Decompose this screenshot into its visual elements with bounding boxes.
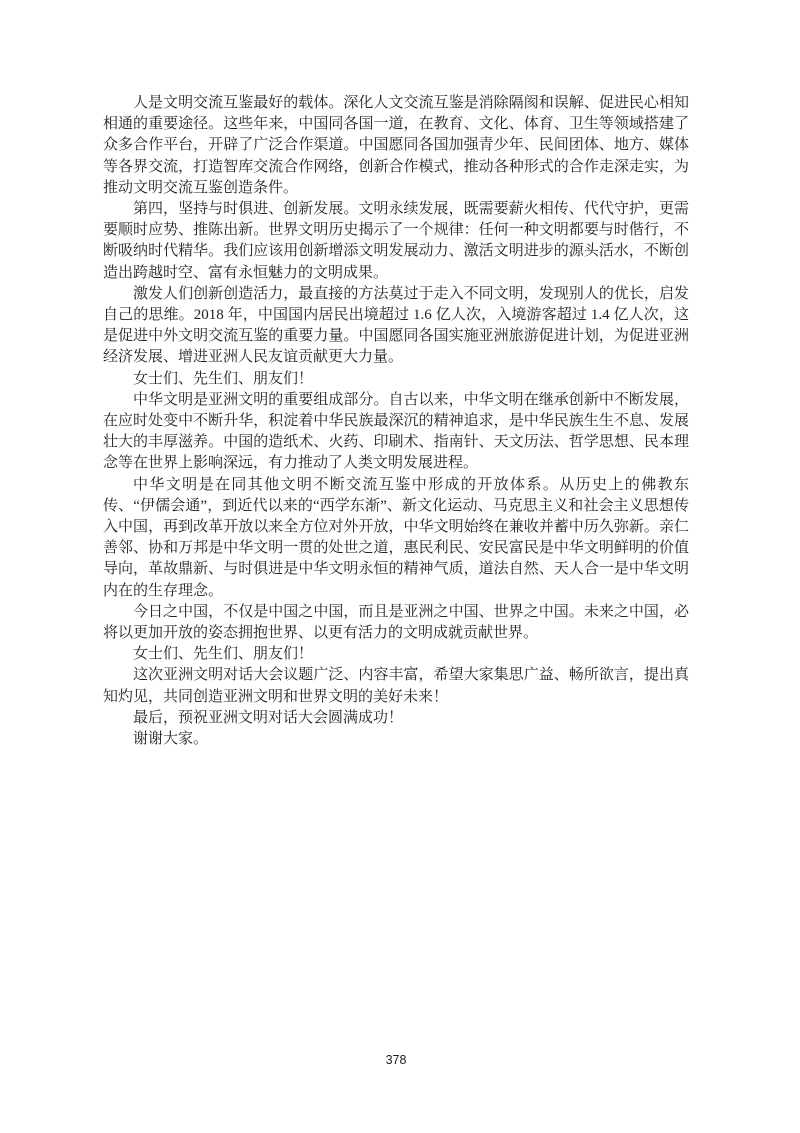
document-body: 人是文明交流互鉴最好的载体。深化人文交流互鉴是消除隔阂和误解、促进民心相知相通的… [103, 93, 689, 750]
paragraph: 最后，预祝亚洲文明对话大会圆满成功！ [103, 708, 689, 729]
paragraph: 中华文明是亚洲文明的重要组成部分。自古以来，中华文明在继承创新中不断发展，在应时… [103, 390, 689, 475]
paragraph-salutation: 女士们、先生们、朋友们！ [103, 369, 689, 390]
paragraph: 今日之中国，不仅是中国之中国，而且是亚洲之中国、世界之中国。未来之中国，必将以更… [103, 602, 689, 644]
page-footer: 378 [103, 1051, 689, 1069]
paragraph: 人是文明交流互鉴最好的载体。深化人文交流互鉴是消除隔阂和误解、促进民心相知相通的… [103, 93, 689, 199]
paragraph: 第四，坚持与时俱进、创新发展。文明永续发展，既需要薪火相传、代代守护，更需要顺时… [103, 199, 689, 284]
paragraph-closing: 谢谢大家。 [103, 729, 689, 750]
paragraph: 中华文明是在同其他文明不断交流互鉴中形成的开放体系。从历史上的佛教东传、“伊儒会… [103, 475, 689, 602]
document-page: 人是文明交流互鉴最好的载体。深化人文交流互鉴是消除隔阂和误解、促进民心相知相通的… [0, 0, 800, 1133]
paragraph: 这次亚洲文明对话大会议题广泛、内容丰富，希望大家集思广益、畅所欲言，提出真知灼见… [103, 665, 689, 707]
paragraph: 激发人们创新创造活力，最直接的方法莫过于走入不同文明，发现别人的优长，启发自己的… [103, 284, 689, 369]
paragraph-salutation: 女士们、先生们、朋友们！ [103, 644, 689, 665]
page-number: 378 [386, 1053, 407, 1067]
